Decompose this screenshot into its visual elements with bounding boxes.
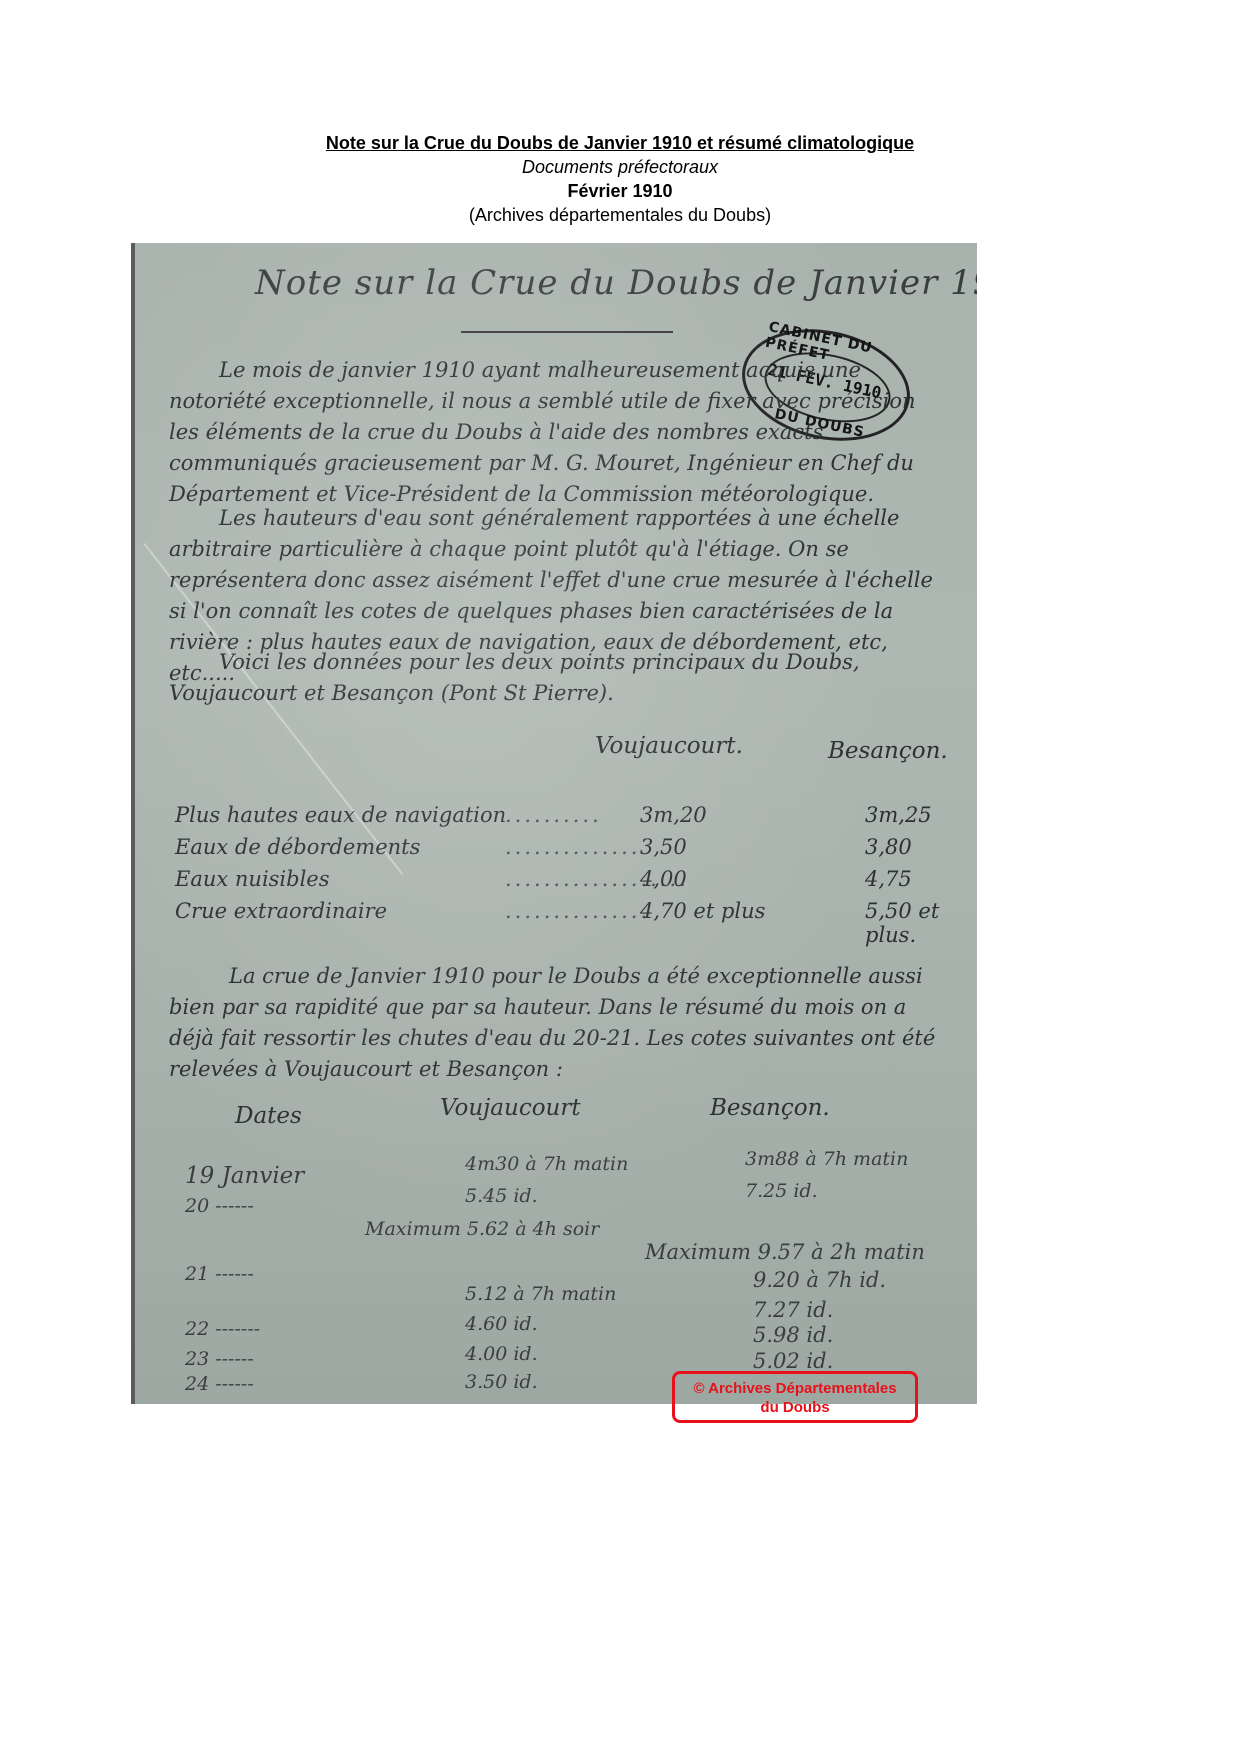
voujaucourt-cell: 4.00 id. [465,1343,538,1365]
date-cell: 22 ------- [185,1318,260,1340]
level-label: Eaux nuisibles [175,867,330,891]
document-title: Note sur la Crue du Doubs de Janvier 191… [0,131,1240,156]
level-besancon: 3m,25 [865,803,932,827]
level-voujaucourt: 3,50 [640,835,687,859]
level-voujaucourt: 4,00 [640,867,687,891]
besancon-cell: 7.25 id. [745,1180,818,1202]
paragraph-intro: Le mois de janvier 1910 ayant malheureus… [169,355,949,510]
besancon-cell: 7.27 id. [753,1298,833,1322]
date-cell: 20 ------ [185,1195,254,1217]
level-label: Plus hautes eaux de navigation [175,803,506,827]
date-cell: 23 ------ [185,1348,254,1370]
document-date: Février 1910 [0,179,1240,203]
level-label: Eaux de débordements [175,835,420,859]
copyright-line-1: © Archives Départementales [675,1379,915,1398]
readings-col-besancon: Besançon. [710,1095,830,1121]
level-besancon: 3,80 [865,835,912,859]
readings-col-dates: Dates [235,1103,302,1129]
levels-row: Eaux de débordements .............. 3,50… [175,835,975,865]
besancon-cell: 5.02 id. [753,1349,833,1373]
date-cell: 24 ------ [185,1373,254,1395]
level-voujaucourt: 3m,20 [640,803,707,827]
level-label: Crue extraordinaire [175,899,387,923]
copyright-line-2: du Doubs [675,1398,915,1417]
paragraph-flood-1910: La crue de Janvier 1910 pour le Doubs a … [169,961,949,1085]
title-rule [461,331,673,333]
document-subtitle: Documents préfectoraux [0,156,1240,179]
copyright-watermark: © Archives Départementales du Doubs [672,1371,918,1423]
levels-row: Crue extraordinaire ............... 4,70… [175,899,975,929]
levels-col-voujaucourt: Voujaucourt. [595,733,743,759]
besancon-max-cell: Maximum 9.57 à 2h matin [645,1240,925,1264]
besancon-cell: 5.98 id. [753,1323,833,1347]
voujaucourt-cell: 5.45 id. [465,1185,538,1207]
date-cell: 21 ------ [185,1263,254,1285]
leader-dots: ............... [505,899,650,923]
date-cell: 19 Janvier [185,1163,304,1189]
voujaucourt-cell: 4.60 id. [465,1313,538,1335]
manuscript-photo: Note sur la Crue du Doubs de Janvier 191… [131,243,977,1404]
levels-col-besancon: Besançon. [828,738,948,764]
voujaucourt-cell: 3.50 id. [465,1371,538,1393]
document-header: Note sur la Crue du Doubs de Janvier 191… [0,131,1240,227]
paragraph-data-points: Voici les données pour les deux points p… [169,647,949,709]
levels-row: Eaux nuisibles ................... 4,00 … [175,867,975,897]
readings-col-voujaucourt: Voujaucourt [440,1095,581,1121]
voujaucourt-cell: 4m30 à 7h matin [465,1153,628,1175]
document-source: (Archives départementales du Doubs) [0,203,1240,227]
voujaucourt-cell: 5.12 à 7h matin [465,1283,616,1305]
level-besancon: 5,50 et plus. [865,899,975,947]
voujaucourt-max-cell: Maximum 5.62 à 4h soir [365,1218,599,1240]
leader-dots: .......... [505,803,602,827]
leader-dots: .............. [505,835,640,859]
level-voujaucourt: 4,70 et plus [640,899,765,923]
manuscript-title: Note sur la Crue du Doubs de Janvier 191… [255,263,977,303]
besancon-cell: 9.20 à 7h id. [753,1268,886,1292]
levels-row: Plus hautes eaux de navigation .........… [175,803,975,833]
besancon-cell: 3m88 à 7h matin [745,1148,908,1170]
level-besancon: 4,75 [865,867,912,891]
